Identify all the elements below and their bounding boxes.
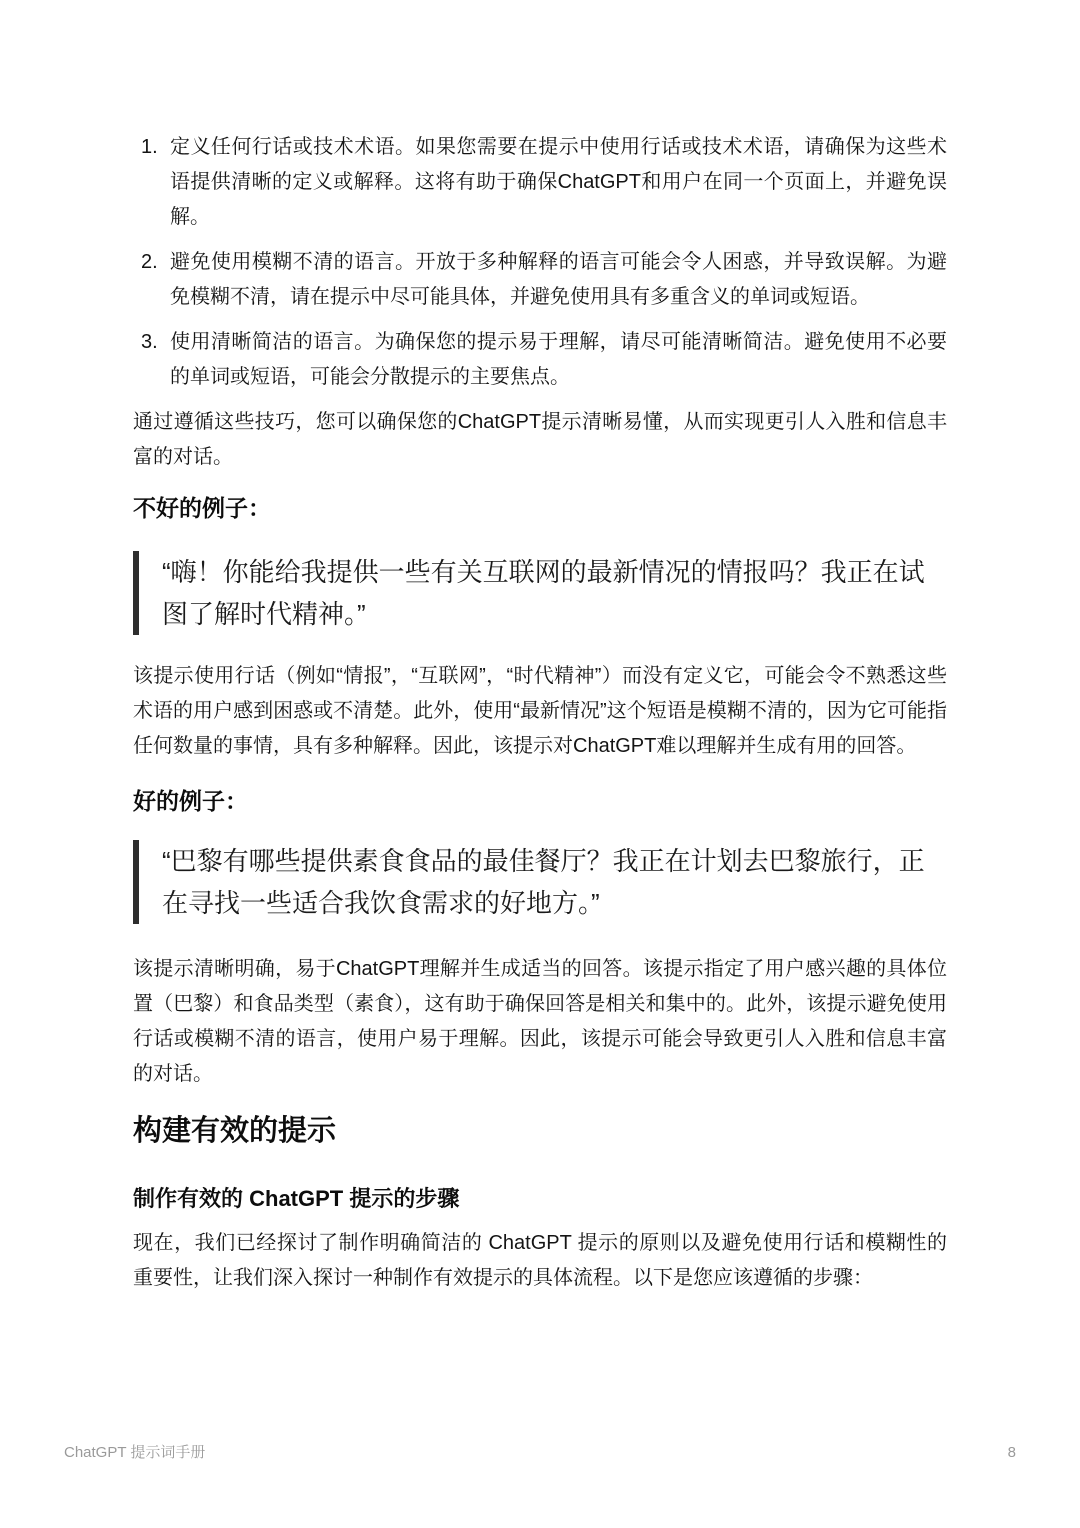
list-item-text: 避免使用模糊不清的语言。开放于多种解释的语言可能会令人困惑，并导致误解。为避免模… bbox=[170, 245, 947, 315]
list-item-2: 2. 避免使用模糊不清的语言。开放于多种解释的语言可能会令人困惑，并导致误解。为… bbox=[133, 245, 947, 315]
list-item-number: 3. bbox=[133, 325, 170, 395]
page-content: 1. 定义任何行话或技术术语。如果您需要在提示中使用行话或技术术语，请确保为这些… bbox=[133, 130, 947, 1296]
bad-example-quote: “嗨！你能给我提供一些有关互联网的最新情况的情报吗？我正在试图了解时代精神。” bbox=[133, 551, 947, 635]
footer-page-number: 8 bbox=[1008, 1443, 1016, 1463]
bad-example-analysis: 该提示使用行话（例如“情报”，“互联网”，“时代精神”）而没有定义它，可能会令不… bbox=[133, 659, 947, 764]
good-example-analysis: 该提示清晰明确，易于ChatGPT理解并生成适当的回答。该提示指定了用户感兴趣的… bbox=[133, 952, 947, 1092]
good-example-heading: 好的例子： bbox=[133, 786, 947, 816]
list-item-text: 定义任何行话或技术术语。如果您需要在提示中使用行话或技术术语，请确保为这些术语提… bbox=[170, 130, 947, 235]
list-item-3: 3. 使用清晰简洁的语言。为确保您的提示易于理解，请尽可能清晰简洁。避免使用不必… bbox=[133, 325, 947, 395]
numbered-list: 1. 定义任何行话或技术术语。如果您需要在提示中使用行话或技术术语，请确保为这些… bbox=[133, 130, 947, 395]
document-page: 1. 定义任何行话或技术术语。如果您需要在提示中使用行话或技术术语，请确保为这些… bbox=[0, 0, 1080, 1528]
list-item-1: 1. 定义任何行话或技术术语。如果您需要在提示中使用行话或技术术语，请确保为这些… bbox=[133, 130, 947, 235]
footer-title: ChatGPT 提示词手册 bbox=[64, 1443, 205, 1463]
subsection-title: 制作有效的 ChatGPT 提示的步骤 bbox=[133, 1184, 947, 1214]
summary-paragraph: 通过遵循这些技巧，您可以确保您的ChatGPT提示清晰易懂，从而实现更引人入胜和… bbox=[133, 405, 947, 475]
section-intro: 现在，我们已经探讨了制作明确简洁的 ChatGPT 提示的原则以及避免使用行话和… bbox=[133, 1226, 947, 1296]
section-title: 构建有效的提示 bbox=[133, 1112, 947, 1150]
bad-example-heading: 不好的例子： bbox=[133, 493, 947, 523]
page-footer: ChatGPT 提示词手册 8 bbox=[64, 1443, 1016, 1463]
list-item-text: 使用清晰简洁的语言。为确保您的提示易于理解，请尽可能清晰简洁。避免使用不必要的单… bbox=[170, 325, 947, 395]
list-item-number: 2. bbox=[133, 245, 170, 315]
list-item-number: 1. bbox=[133, 130, 170, 235]
good-example-quote: “巴黎有哪些提供素食食品的最佳餐厅？我正在计划去巴黎旅行，正在寻找一些适合我饮食… bbox=[133, 840, 947, 924]
